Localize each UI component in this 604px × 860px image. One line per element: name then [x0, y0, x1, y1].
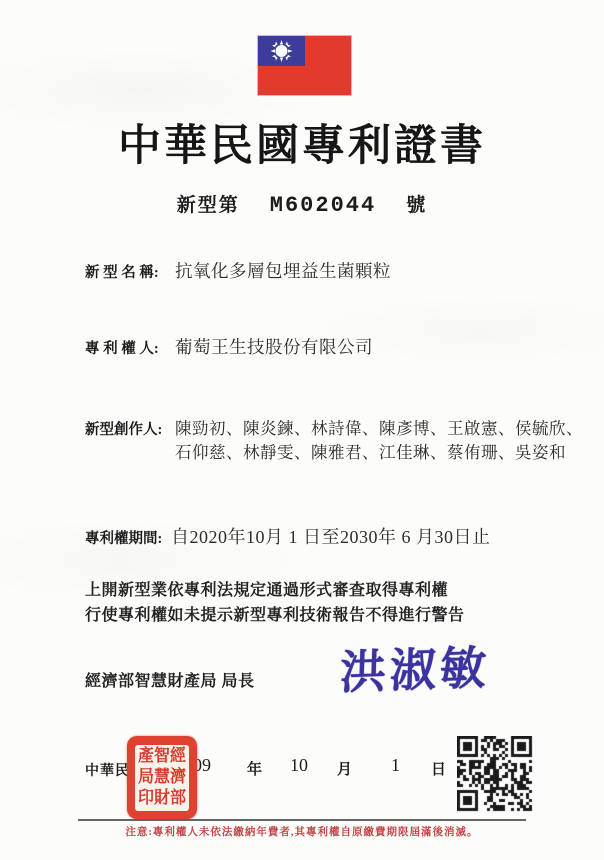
- patent-certificate-page: 中華民國專利證書 新型第 M602044 號 新 型 名 稱: 抗氧化多層包埋益…: [0, 0, 604, 860]
- field-term: 專利權期間: 自2020年10月 1 日至2030年 6 月30日止: [85, 523, 491, 549]
- seal-column: 產局印: [138, 747, 154, 809]
- qr-code: [457, 736, 533, 812]
- field-model-name: 新 型 名 稱: 抗氧化多層包埋益生菌顆粒: [85, 258, 391, 283]
- patent-number-suffix: 號: [406, 190, 427, 217]
- seal-characters: 經濟部智慧財產局印: [135, 745, 189, 811]
- field-patentee: 專 利 權 人: 葡萄王生技股份有限公司: [85, 334, 373, 359]
- footer-note: 注意:專利權人未依法繳納年費者,其專利權自原繳費期限屆滿後消滅。: [0, 824, 604, 839]
- date-day: 1: [391, 755, 400, 776]
- creators-line2: 石仰慈、林靜雯、陳雅君、江佳琳、蔡侑珊、吳姿和: [175, 441, 583, 465]
- legal-line2: 行使專利權如未提示新型專利技術報告不得進行警告: [85, 603, 465, 628]
- ipo-red-seal: 經濟部智慧財產局印: [127, 736, 197, 819]
- legal-line1: 上開新型業依專利法規定通過形式審查取得專利權: [85, 578, 465, 603]
- seal-column: 經濟部: [170, 747, 186, 809]
- seal-column: 智慧財: [154, 747, 170, 809]
- patent-number-line: 新型第 M602044 號: [0, 190, 604, 218]
- patent-number: M602044: [270, 193, 376, 218]
- creators-value: 陳勁初、陳炎鍊、林詩偉、陳彥博、王啟憲、侯毓欣、 石仰慈、林靜雯、陳雅君、江佳琳…: [175, 417, 583, 465]
- patentee-label: 專 利 權 人:: [85, 337, 175, 358]
- model-name-label: 新 型 名 稱:: [85, 261, 175, 282]
- creators-label: 新型創作人:: [85, 418, 175, 439]
- date-month: 10: [290, 755, 308, 776]
- creators-line1: 陳勁初、陳炎鍊、林詩偉、陳彥博、王啟憲、侯毓欣、: [175, 417, 583, 441]
- field-creators: 新型創作人: 陳勁初、陳炎鍊、林詩偉、陳彥博、王啟憲、侯毓欣、 石仰慈、林靜雯、…: [85, 417, 583, 465]
- legal-notes: 上開新型業依專利法規定通過形式審查取得專利權 行使專利權如未提示新型專利技術報告…: [85, 578, 465, 628]
- patentee-value: 葡萄王生技股份有限公司: [175, 334, 373, 359]
- term-value: 自2020年10月 1 日至2030年 6 月30日止: [171, 523, 491, 549]
- white-sun-icon: [258, 36, 305, 66]
- footer-divider: [78, 819, 526, 821]
- model-name-value: 抗氧化多層包埋益生菌顆粒: [175, 258, 391, 283]
- director-signature: 洪淑敏: [339, 631, 491, 702]
- certificate-title: 中華民國專利證書: [0, 112, 604, 173]
- term-label: 專利權期間:: [85, 527, 171, 548]
- roc-flag: [258, 36, 351, 95]
- date-year-unit: 年: [247, 758, 262, 779]
- patent-number-prefix: 新型第: [177, 190, 240, 217]
- date-day-unit: 日: [431, 758, 446, 779]
- issuer-office-label: 經濟部智慧財產局 局長: [85, 668, 255, 691]
- date-month-unit: 月: [337, 758, 352, 779]
